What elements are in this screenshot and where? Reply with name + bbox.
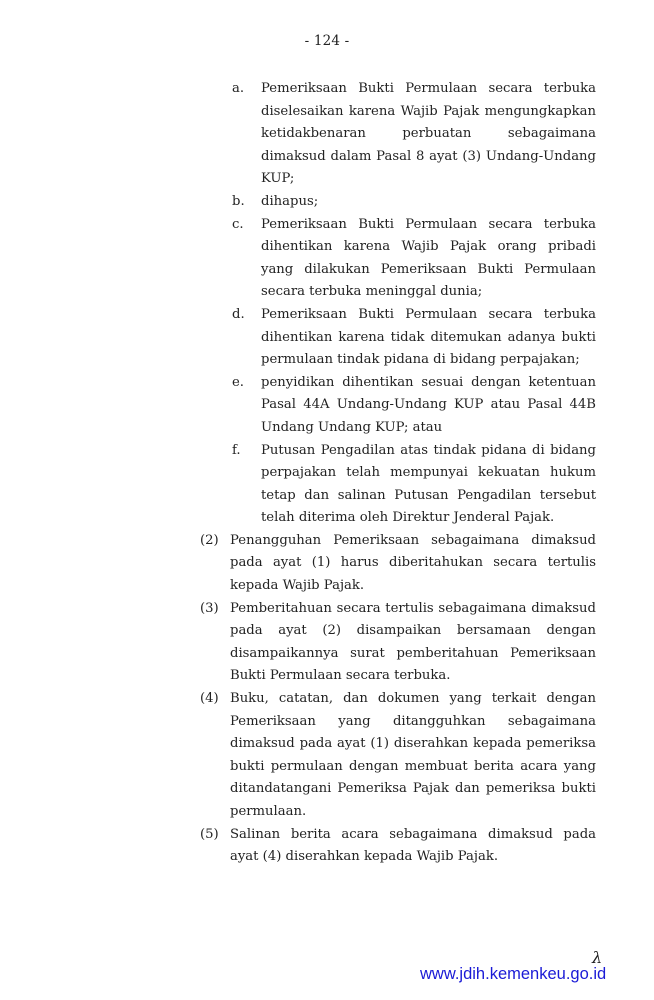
paragraph-5: (5) Salinan berita acara sebagaimana dim…	[200, 824, 596, 869]
paragraph-text: Penangguhan Pemeriksaan sebagaimana dima…	[230, 530, 596, 598]
paragraph-2: (2) Penangguhan Pemeriksaan sebagaimana …	[200, 530, 596, 598]
paragraph-text: Buku, catatan, dan dokumen yang terkait …	[230, 688, 596, 824]
item-text: Pemeriksaan Bukti Permulaan secara terbu…	[261, 78, 596, 191]
item-label: d.	[232, 304, 261, 372]
item-label: a.	[232, 78, 261, 191]
paragraph-label: (2)	[200, 530, 230, 598]
sub-item-f: f. Putusan Pengadilan atas tindak pidana…	[232, 440, 596, 530]
paragraph-list: (2) Penangguhan Pemeriksaan sebagaimana …	[200, 530, 596, 869]
item-text: penyidikan dihentikan sesuai dengan kete…	[261, 372, 596, 440]
item-text: dihapus;	[261, 191, 596, 214]
footer-url-link[interactable]: www.jdih.kemenkeu.go.id	[420, 965, 606, 984]
item-text: Pemeriksaan Bukti Permulaan secara terbu…	[261, 214, 596, 304]
page-number: - 124 -	[0, 33, 654, 49]
paragraph-label: (5)	[200, 824, 230, 869]
paragraph-label: (4)	[200, 688, 230, 824]
paragraph-label: (3)	[200, 598, 230, 688]
sub-item-list: a. Pemeriksaan Bukti Permulaan secara te…	[200, 78, 596, 530]
sub-item-b: b. dihapus;	[232, 191, 596, 214]
item-text: Putusan Pengadilan atas tindak pidana di…	[261, 440, 596, 530]
sub-item-c: c. Pemeriksaan Bukti Permulaan secara te…	[232, 214, 596, 304]
paragraph-text: Salinan berita acara sebagaimana dimaksu…	[230, 824, 596, 869]
document-body: a. Pemeriksaan Bukti Permulaan secara te…	[200, 78, 596, 869]
sub-item-e: e. penyidikan dihentikan sesuai dengan k…	[232, 372, 596, 440]
sub-item-a: a. Pemeriksaan Bukti Permulaan secara te…	[232, 78, 596, 191]
item-label: c.	[232, 214, 261, 304]
paragraph-text: Pemberitahuan secara tertulis sebagaiman…	[230, 598, 596, 688]
item-label: f.	[232, 440, 261, 530]
paragraph-4: (4) Buku, catatan, dan dokumen yang terk…	[200, 688, 596, 824]
item-label: b.	[232, 191, 261, 214]
item-text: Pemeriksaan Bukti Permulaan secara terbu…	[261, 304, 596, 372]
sub-item-d: d. Pemeriksaan Bukti Permulaan secara te…	[232, 304, 596, 372]
paragraph-3: (3) Pemberitahuan secara tertulis sebaga…	[200, 598, 596, 688]
item-label: e.	[232, 372, 261, 440]
